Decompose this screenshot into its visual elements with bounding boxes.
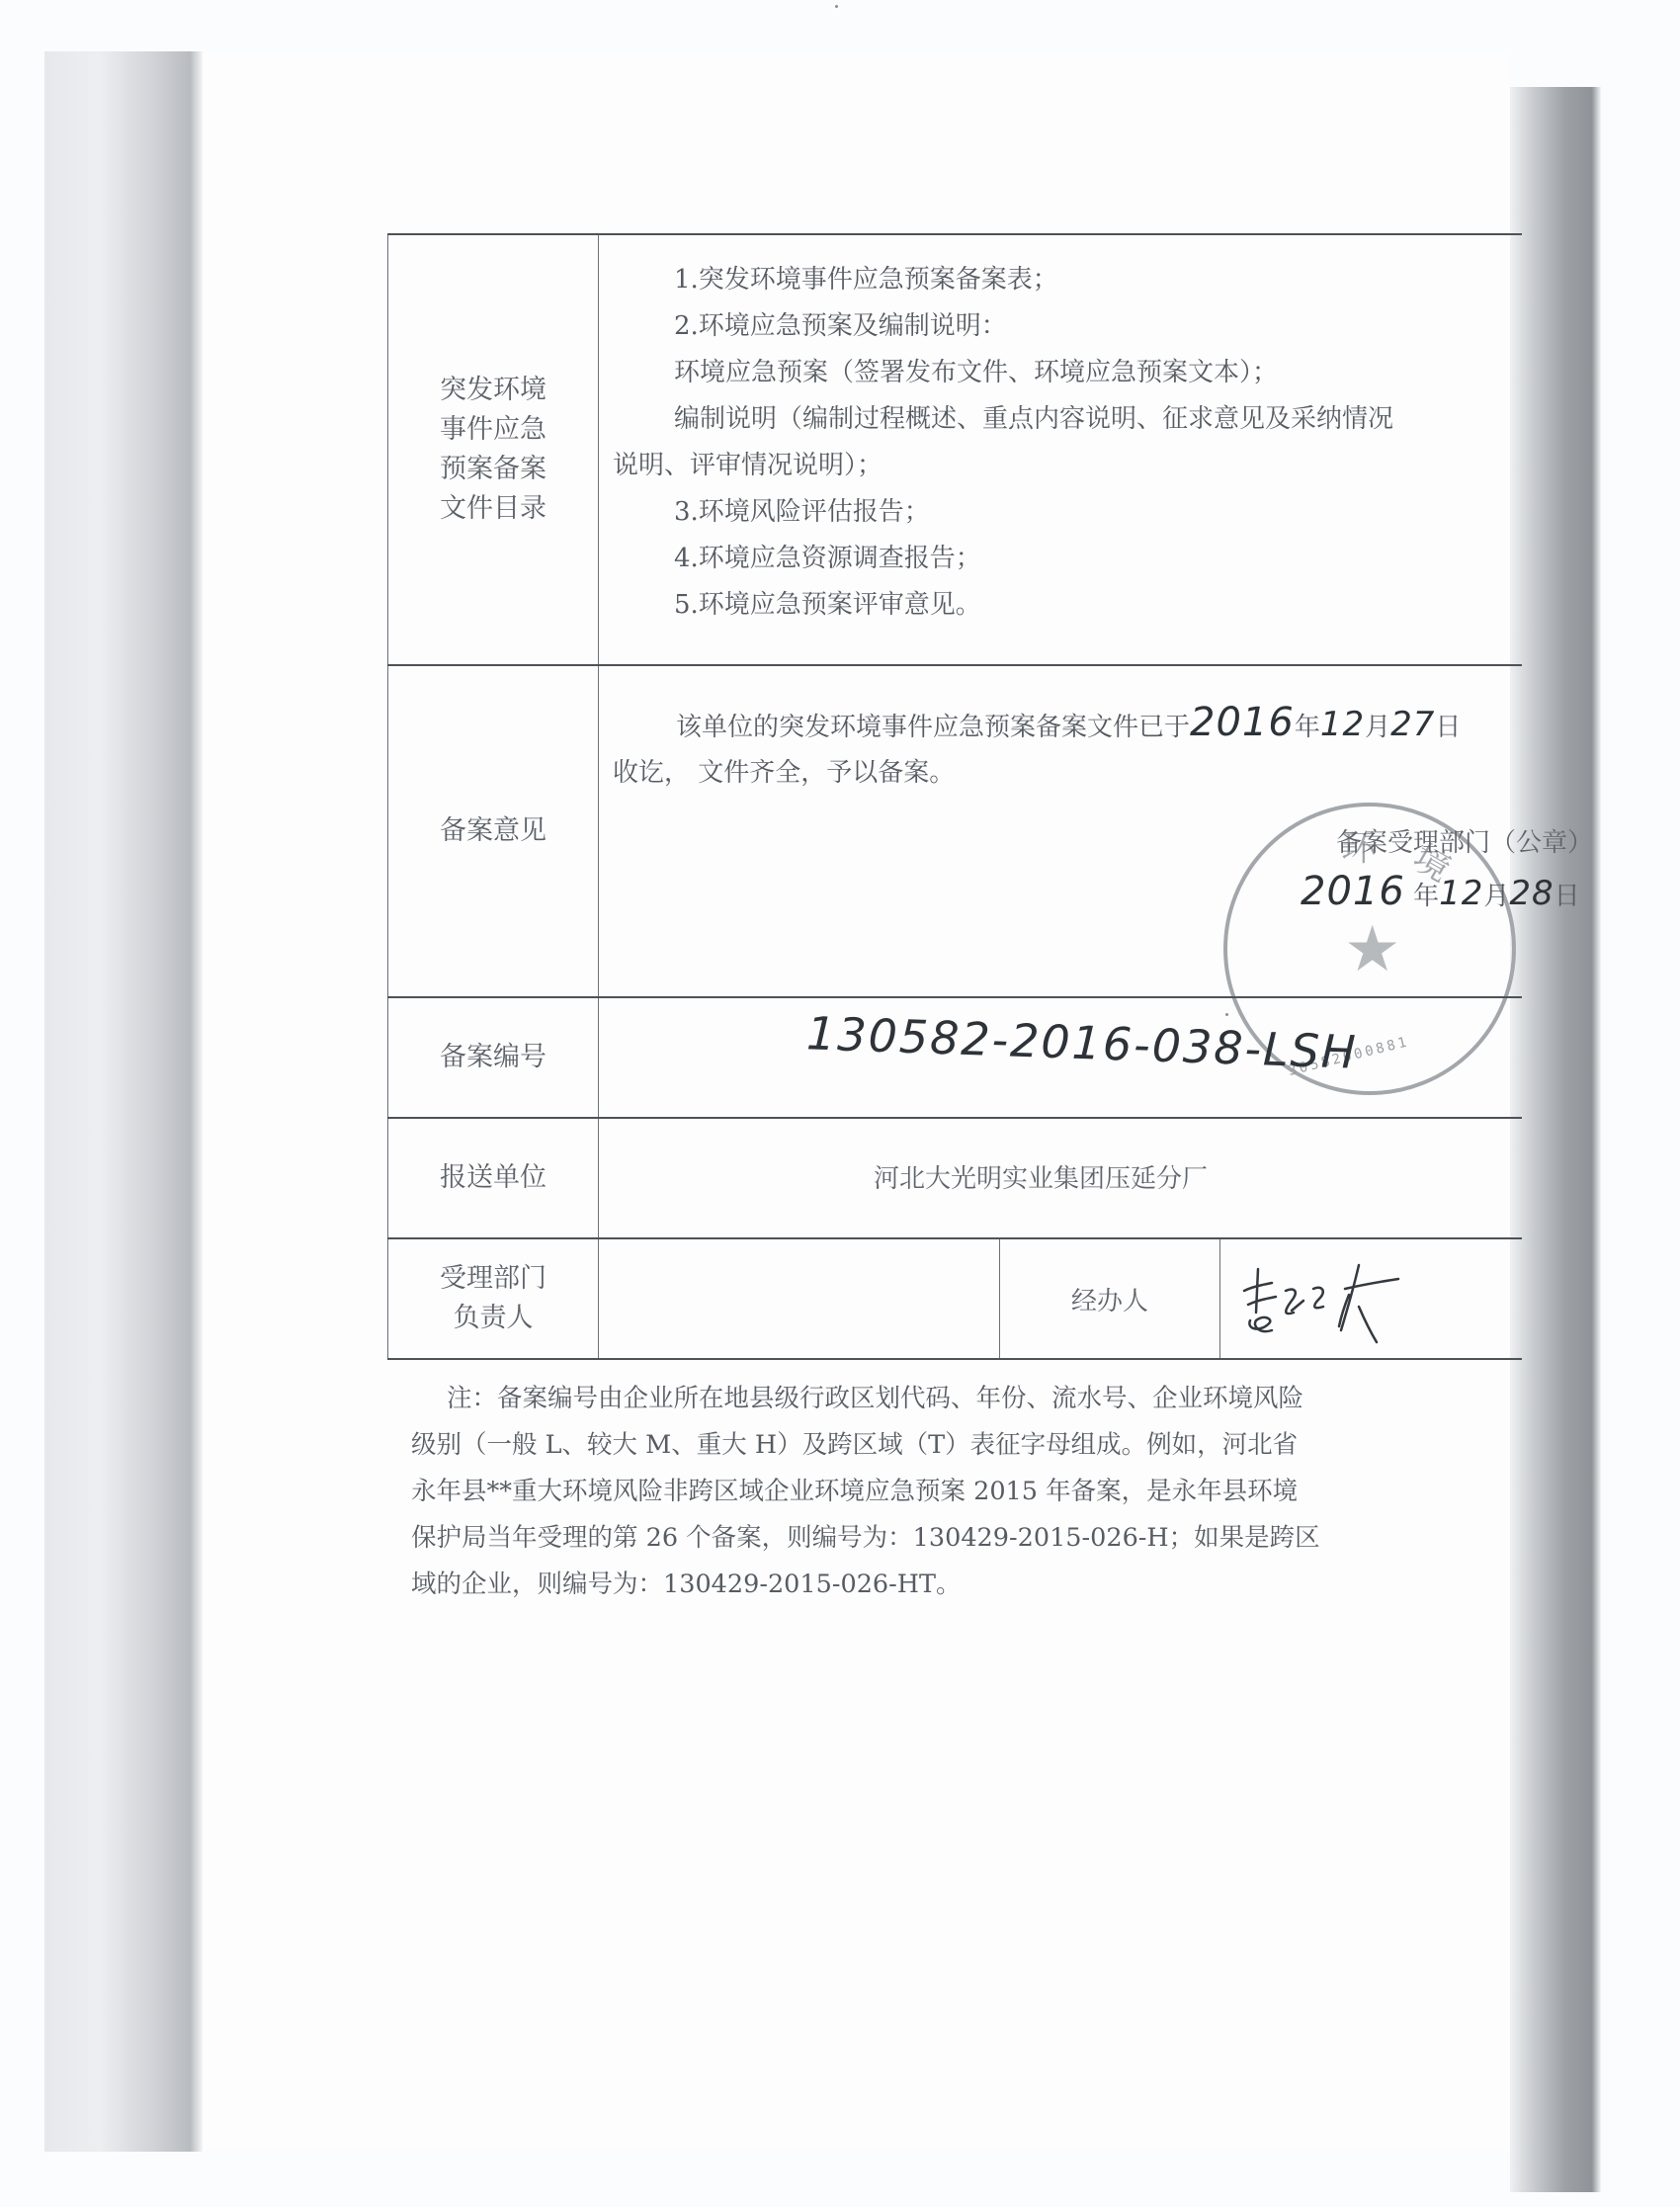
responsible-value [599, 1239, 1000, 1358]
label-line: 文件目录 [440, 489, 546, 529]
file-list-item: 环境应急预案（签署发布文件、环境应急预案文本）； [599, 350, 1522, 396]
submitting-unit-value: 河北大光明实业集团压延分厂 [599, 1158, 1522, 1195]
responsible-label: 受理部门 负责人 [387, 1239, 599, 1358]
file-list-item: 说明、评审情况说明）； [599, 443, 1522, 489]
opinion-line2: 收讫， 文件齐全，予以备案。 [613, 750, 1522, 796]
row-filing-opinion: 备案意见 该单位的突发环境事件应急预案备案文件已于2016年12月27日 收讫，… [387, 664, 1522, 996]
month-unit: 月 [1365, 713, 1390, 742]
row-submitting-unit: 报送单位 河北大光明实业集团压延分厂 [387, 1117, 1522, 1237]
filing-number-content: 130582-2016-038-LSH [599, 998, 1522, 1117]
note-line: 注：备案编号由企业所在地县级行政区划代码、年份、流水号、企业环境风险 [411, 1376, 1510, 1422]
file-list-item: 5.环境应急预案评审意见。 [599, 582, 1522, 629]
handler-signature-cell [1220, 1239, 1522, 1358]
seal-month: 12 [1439, 874, 1483, 913]
file-list-item: 1.突发环境事件应急预案备案表； [599, 257, 1522, 303]
opinion-prefix: 该单位的突发环境事件应急预案备案文件已于 [676, 713, 1190, 742]
responsible-content: 经办人 [599, 1239, 1522, 1358]
day-unit: 日 [1554, 882, 1580, 911]
row-responsible: 受理部门 负责人 经办人 [387, 1237, 1522, 1360]
seal-day: 28 [1509, 874, 1554, 913]
filing-number-value: 130582-2016-038-LSH [805, 1006, 1358, 1078]
seal-year: 2016 [1301, 869, 1405, 914]
filing-number-label: 备案编号 [387, 998, 599, 1117]
filing-opinion-label: 备案意见 [387, 666, 599, 996]
submitting-unit-content: 河北大光明实业集团压延分厂 [599, 1119, 1522, 1237]
file-list-item: 编制说明（编制过程概述、重点内容说明、征求意见及采纳情况 [599, 396, 1522, 443]
department-seal-label: 备案受理部门（公章） [1336, 822, 1593, 859]
file-list-item: 3.环境风险评估报告； [599, 489, 1522, 536]
row-filing-number: 备案编号 130582-2016-038-LSH [387, 996, 1522, 1117]
file-list-item: 2.环境应急预案及编制说明： [599, 303, 1522, 350]
submitting-unit-label: 报送单位 [387, 1119, 599, 1237]
label-line: 突发环境 [440, 371, 546, 410]
handwritten-year: 2016 [1190, 700, 1295, 745]
handler-label: 经办人 [1000, 1239, 1220, 1358]
file-list-item: 4.环境应急资源调查报告； [599, 536, 1522, 582]
opinion-text: 该单位的突发环境事件应急预案备案文件已于2016年12月27日 收讫， 文件齐全… [613, 700, 1522, 796]
scan-shadow-right [1510, 87, 1601, 2192]
star-icon: ★ [1344, 913, 1400, 986]
note-line: 域的企业，则编号为：130429-2015-026-HT。 [411, 1562, 1510, 1608]
seal-date: 2016 年12月28日 [1301, 869, 1580, 914]
handwritten-day: 27 [1390, 705, 1435, 744]
month-unit: 月 [1483, 882, 1509, 911]
scan-speck [835, 5, 838, 8]
file-list-content: 1.突发环境事件应急预案备案表； 2.环境应急预案及编制说明： 环境应急预案（签… [599, 235, 1522, 664]
handwritten-month: 12 [1320, 705, 1365, 744]
file-list-label: 突发环境 事件应急 预案备案 文件目录 [387, 235, 599, 664]
footnote: 注：备案编号由企业所在地县级行政区划代码、年份、流水号、企业环境风险 级别（一般… [411, 1376, 1510, 1608]
label-line: 事件应急 [440, 410, 546, 450]
day-unit: 日 [1435, 713, 1461, 742]
label-line: 预案备案 [440, 450, 546, 489]
label-line: 负责人 [440, 1299, 546, 1338]
note-line: 永年县**重大环境风险非跨区域企业环境应急预案 2015 年备案，是永年县环境 [411, 1469, 1510, 1515]
label-line: 受理部门 [440, 1259, 546, 1299]
row-file-list: 突发环境 事件应急 预案备案 文件目录 1.突发环境事件应急预案备案表； 2.环… [387, 233, 1522, 664]
year-unit: 年 [1295, 713, 1320, 742]
scan-shadow-left [44, 51, 203, 2152]
filing-form-table: 突发环境 事件应急 预案备案 文件目录 1.突发环境事件应急预案备案表； 2.环… [387, 233, 1522, 1360]
note-line: 保护局当年受理的第 26 个备案，则编号为：130429-2015-026-H；… [411, 1515, 1510, 1562]
filing-opinion-content: 该单位的突发环境事件应急预案备案文件已于2016年12月27日 收讫， 文件齐全… [599, 666, 1522, 996]
year-unit: 年 [1413, 882, 1439, 911]
handwritten-signature-icon [1242, 1261, 1440, 1350]
note-line: 级别（一般 L、较大 M、重大 H）及跨区域（T）表征字母组成。例如，河北省 [411, 1422, 1510, 1469]
